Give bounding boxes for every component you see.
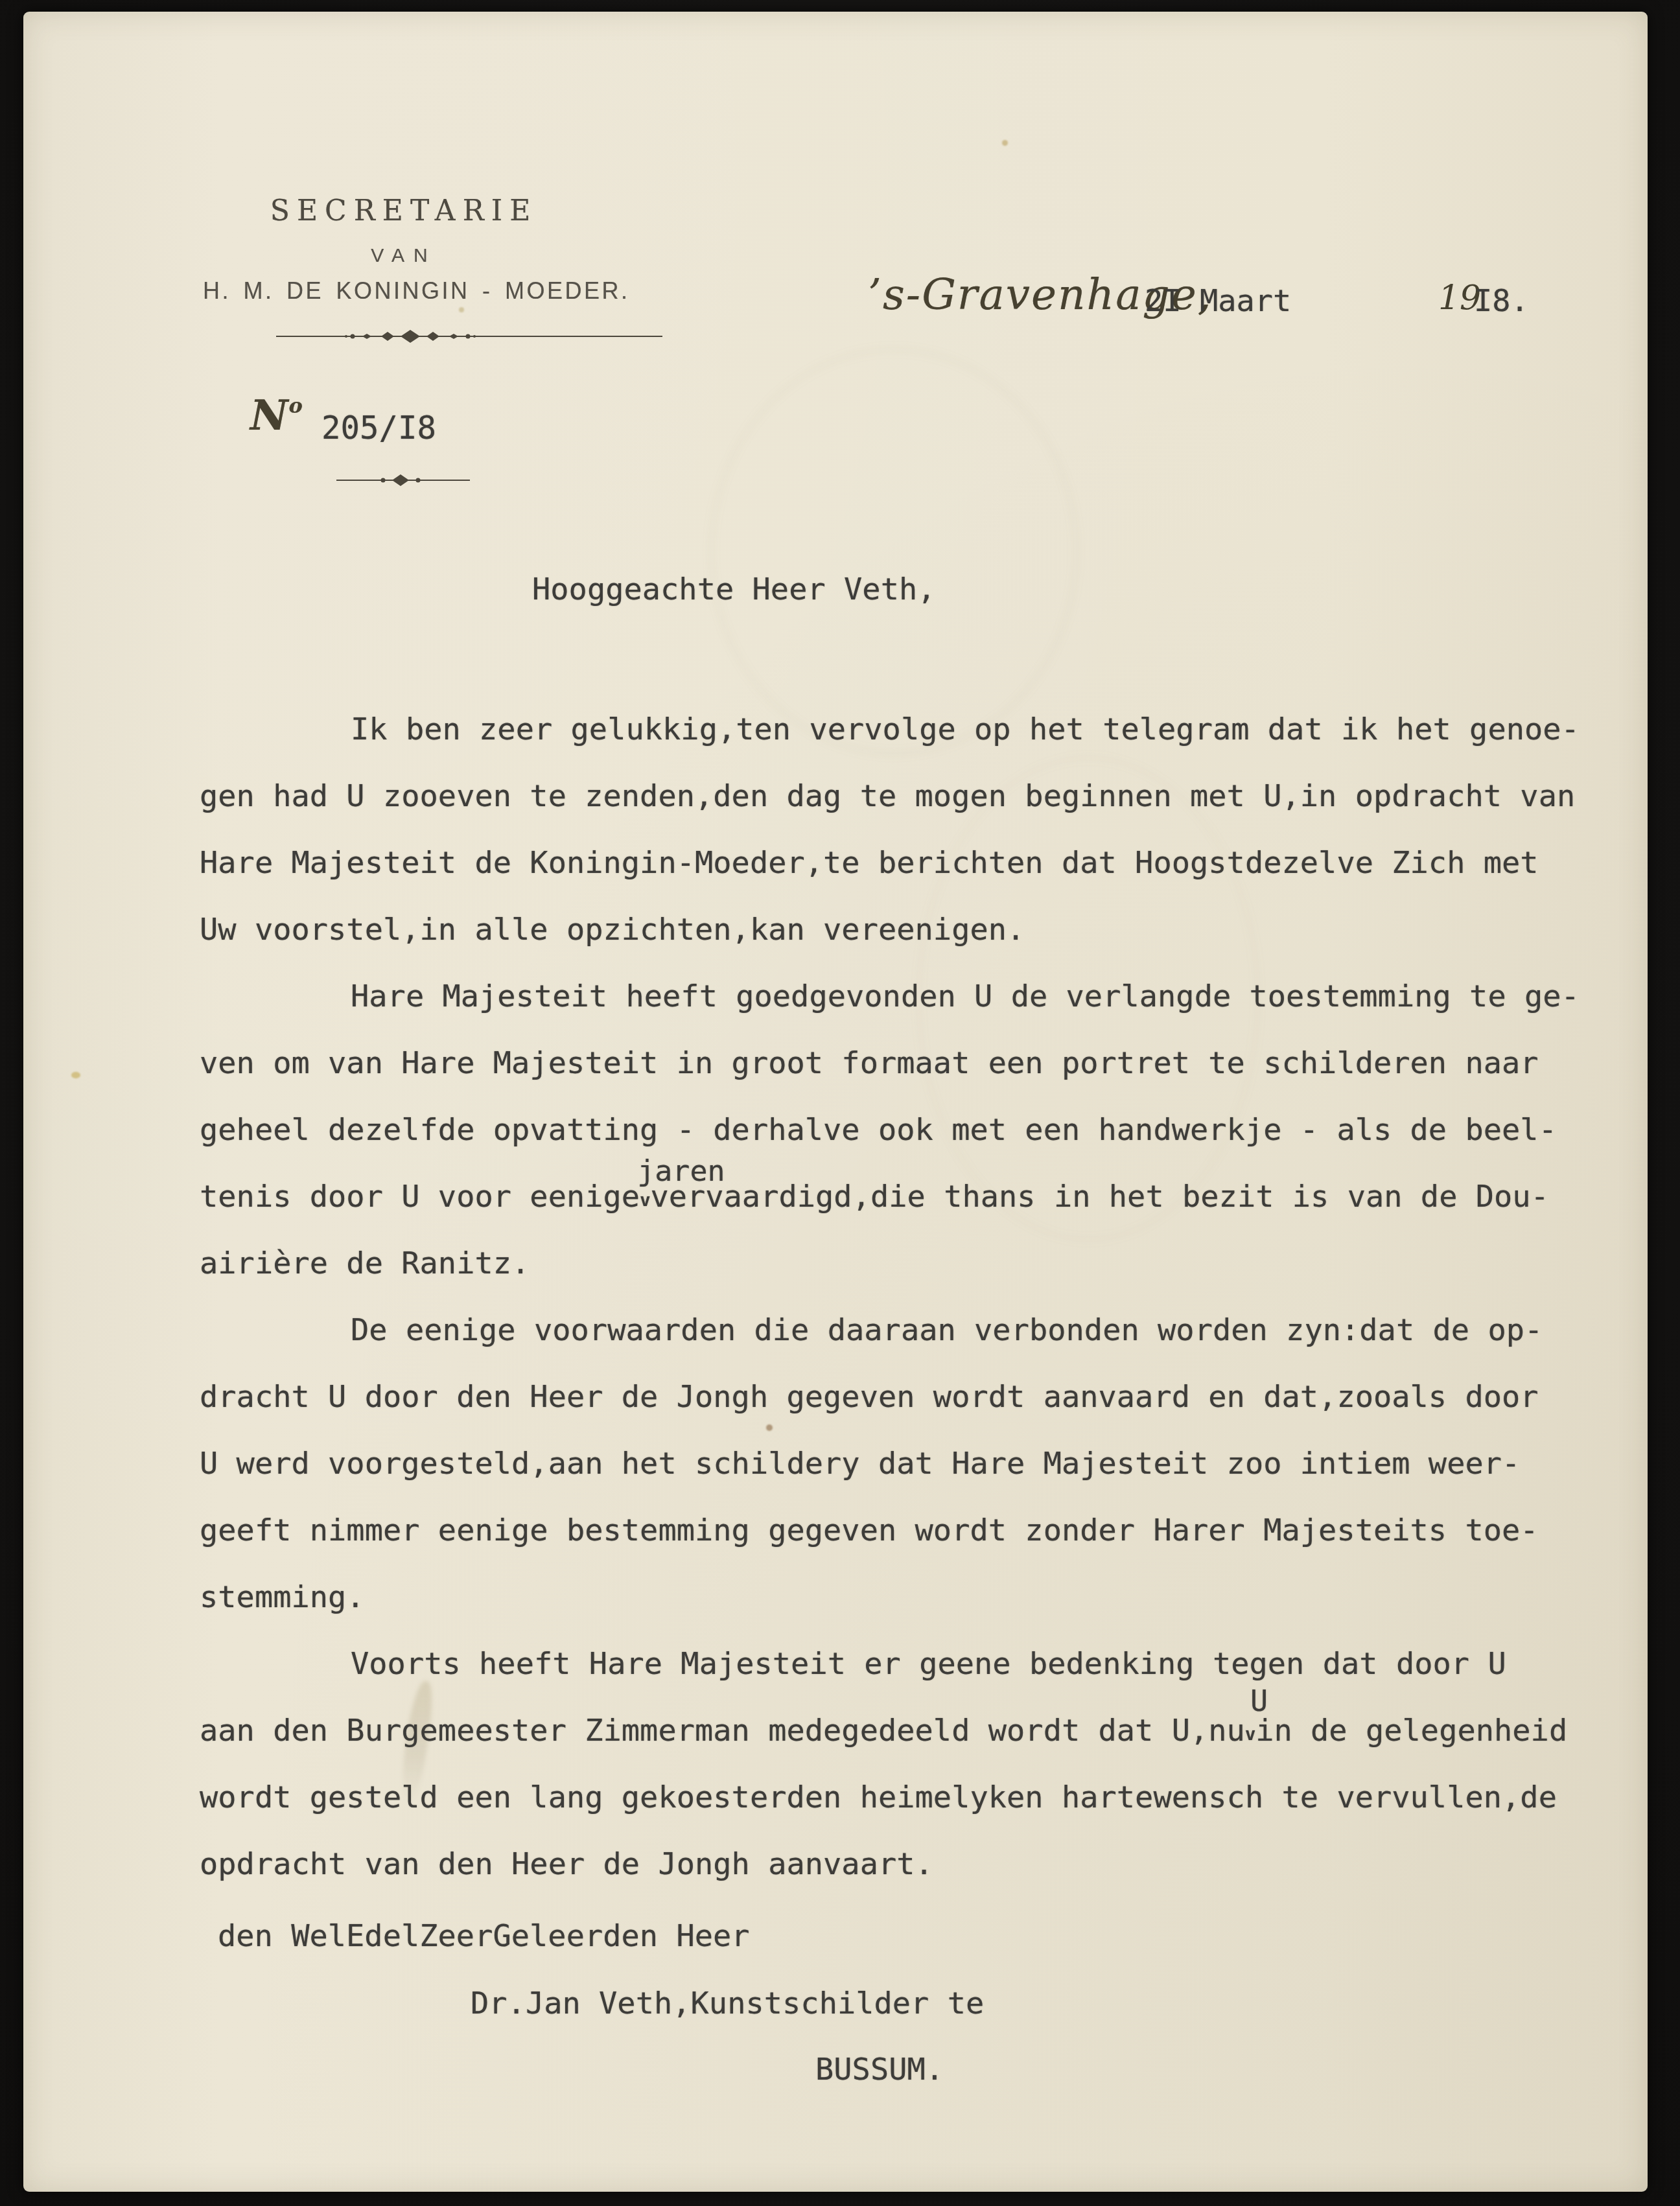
typed-line: geeft nimmer eenige bestemming gegeven w…	[200, 1497, 1645, 1564]
letter-page: SECRETARIE VAN H. M. DE KONINGIN - MOEDE…	[23, 12, 1648, 2192]
dateline-year-typed: I8.	[1474, 283, 1529, 319]
reference-label: No	[250, 391, 303, 440]
typed-line: De eenige voorwaarden die daaraan verbon…	[200, 1297, 1645, 1364]
reference-label-superscript: o	[289, 393, 303, 418]
reference-number: 205/I8	[321, 410, 436, 447]
typed-line: Hare Majesteit de Koningin-Moeder,te ber…	[200, 830, 1645, 896]
inserted-word: U	[1250, 1667, 1268, 1734]
insertion-point: Uv	[1245, 1713, 1255, 1748]
typed-line: Hare Majesteit heeft goedgevonden U de v…	[200, 963, 1645, 1030]
watermark-ghost	[710, 349, 1077, 754]
letterhead: SECRETARIE VAN H. M. DE KONINGIN - MOEDE…	[209, 194, 598, 305]
typed-line: geheel dezelfde opvatting - derhalve ook…	[200, 1097, 1645, 1163]
scan-background: { "letterhead": { "line1": "SECRETARIE",…	[0, 0, 1680, 2206]
letter-body: Ik ben zeer gelukkig,ten vervolge op het…	[200, 696, 1645, 1898]
letterhead-flourish-divider	[276, 328, 662, 345]
addressee-line: Dr.Jan Veth,Kunstschilder te	[471, 1986, 984, 2021]
typed-line: Voorts heeft Hare Majesteit er geene bed…	[200, 1631, 1645, 1697]
letterhead-van: VAN	[209, 245, 598, 267]
foxing-speck	[71, 1072, 80, 1078]
reference-divider	[336, 474, 470, 486]
typed-line: airière de Ranitz.	[200, 1230, 1645, 1297]
typed-line: U werd voorgesteld,aan het schildery dat…	[200, 1430, 1645, 1497]
typed-line: gen had U zooeven te zenden,den dag te m…	[200, 763, 1645, 830]
typed-line-with-insertion: tenis door U voor eenigejarenvvervaardig…	[200, 1163, 1645, 1230]
foxing-speck	[1002, 140, 1008, 146]
typed-line: wordt gesteld een lang gekoesterden heim…	[200, 1764, 1645, 1831]
typed-line: opdracht van den Heer de Jongh aanvaart.	[200, 1831, 1645, 1898]
typed-line: stemming.	[200, 1564, 1645, 1631]
inserted-word: jaren	[637, 1137, 725, 1204]
typed-line-with-insertion: aan den Burgemeester Zimmerman medegedee…	[200, 1697, 1645, 1764]
typed-line: ven om van Hare Majesteit in groot forma…	[200, 1030, 1645, 1097]
typed-line: Uw voorstel,in alle opzichten,kan vereen…	[200, 896, 1645, 963]
addressee-line: den WelEdelZeerGeleerden Heer	[218, 1918, 750, 1954]
foxing-speck	[459, 307, 464, 312]
letterhead-title: SECRETARIE	[209, 194, 598, 227]
typed-line: dracht U door den Heer de Jongh gegeven …	[200, 1364, 1645, 1430]
salutation: Hooggeachte Heer Veth,	[532, 572, 936, 607]
insertion-point: jarenv	[640, 1179, 650, 1214]
typed-line: Ik ben zeer gelukkig,ten vervolge op het…	[200, 696, 1645, 763]
addressee-line: BUSSUM.	[815, 2052, 944, 2087]
letterhead-organisation: H. M. DE KONINGIN - MOEDER.	[203, 277, 598, 305]
dateline-date: 2I Maart	[1145, 283, 1291, 319]
